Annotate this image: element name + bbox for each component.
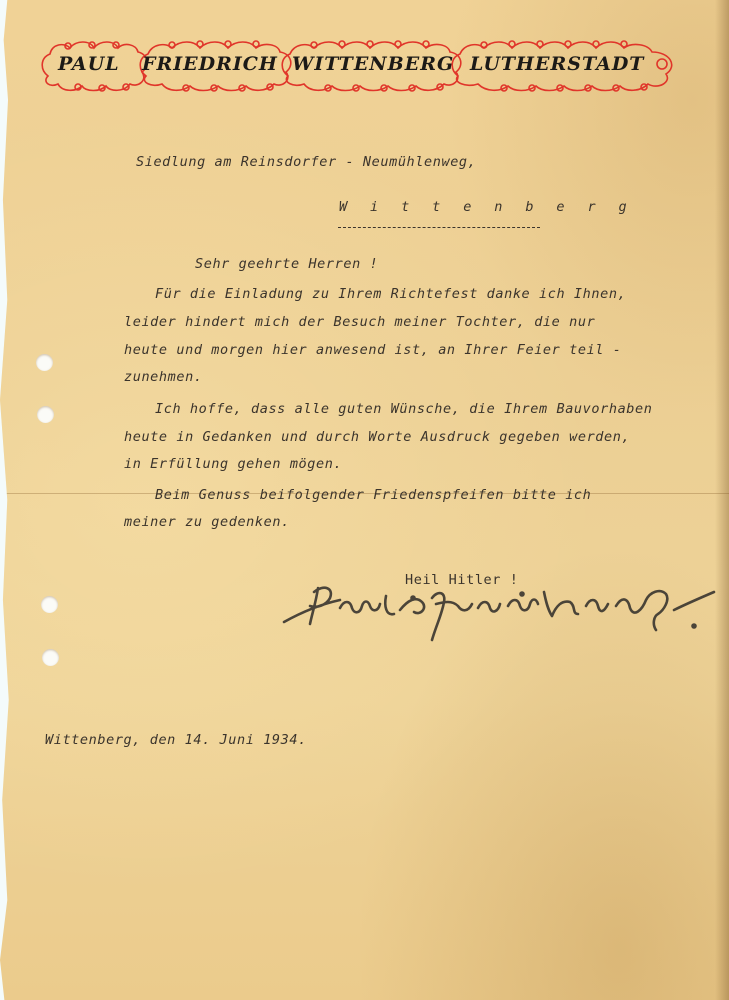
punch-hole	[41, 596, 58, 613]
recipient-city: W i t t e n b e r g	[339, 199, 634, 215]
body-line: heute in Gedanken und durch Worte Ausdru…	[124, 429, 630, 445]
body-line: Für die Einladung zu Ihrem Richtefest da…	[155, 286, 626, 302]
salutation: Sehr geehrte Herren !	[195, 256, 378, 272]
body-line: leider hindert mich der Besuch meiner To…	[124, 314, 595, 330]
letter-page: PAUL FRIEDRICH WITTENBERG LUTHERSTADT Si…	[0, 0, 729, 1000]
body-line: in Erfüllung gehen mögen.	[124, 456, 342, 472]
handwritten-signature-icon	[282, 570, 729, 650]
date-line: Wittenberg, den 14. Juni 1934.	[45, 732, 307, 748]
paper-edge-shadow	[715, 0, 729, 1000]
punch-hole	[37, 406, 54, 423]
body-line: zunehmen.	[124, 369, 203, 385]
body-line: heute und morgen hier anwesend ist, an I…	[124, 342, 621, 358]
body-line: Ich hoffe, dass alle guten Wünsche, die …	[155, 401, 652, 417]
letterhead-word-lutherstadt: LUTHERSTADT	[470, 53, 644, 75]
letterhead: PAUL FRIEDRICH WITTENBERG LUTHERSTADT	[38, 36, 706, 96]
letterhead-word-friedrich: FRIEDRICH	[142, 53, 278, 75]
body-line: meiner zu gedenken.	[124, 514, 290, 530]
letterhead-word-wittenberg: WITTENBERG	[292, 53, 454, 75]
letterhead-word-paul: PAUL	[58, 53, 120, 75]
punch-hole	[42, 649, 59, 666]
punch-hole	[36, 354, 53, 371]
body-line: Beim Genuss beifolgender Friedenspfeifen…	[155, 487, 591, 503]
recipient-address: Siedlung am Reinsdorfer - Neumühlenweg,	[136, 154, 476, 170]
city-underline	[338, 227, 540, 228]
